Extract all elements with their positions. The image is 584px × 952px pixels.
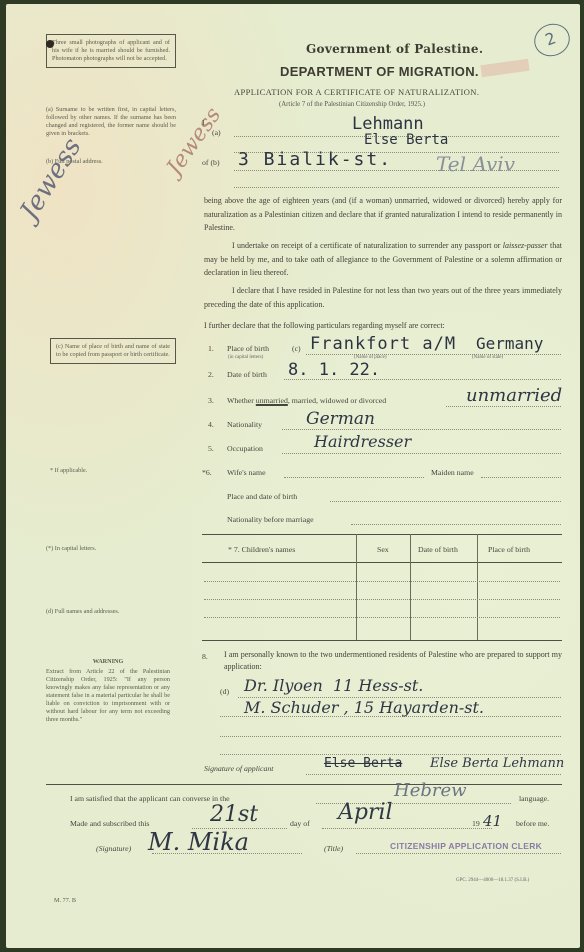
birthplace-line <box>306 354 561 355</box>
table-row[interactable] <box>204 599 560 600</box>
num-5: 5. <box>208 444 214 453</box>
marital-value[interactable]: unmarried <box>466 385 562 406</box>
marital-line <box>446 406 561 407</box>
before-me-text: before me. <box>516 819 549 828</box>
note-full-names: (d) Full names and addresses. <box>46 608 119 616</box>
application-title: APPLICATION FOR A CERTIFICATE OF NATURAL… <box>234 87 479 97</box>
occupation-value[interactable]: Hairdresser <box>314 432 411 451</box>
photo-note-box: Three small photographs of applicant and… <box>46 34 176 68</box>
note-surname: (a) Surname to be written first, in capi… <box>46 106 176 138</box>
referee-1-value[interactable]: Dr. Ilyoen 11 Hess-st. <box>244 676 423 695</box>
note-if-applicable: * If applicable. <box>50 467 87 475</box>
converse-text: I am satisfied that the applicant can co… <box>70 794 230 803</box>
given-names-value[interactable]: Else Berta <box>364 132 448 148</box>
month-line <box>322 828 492 829</box>
wife-name-line[interactable] <box>284 477 424 478</box>
table-bottom-rule <box>202 640 562 641</box>
paragraph-apply: being above the age of eighteen years (a… <box>204 194 562 235</box>
referee-2-value[interactable]: M. Schuder , 15 Hayarden-st. <box>244 698 484 717</box>
marker-c: (c) <box>292 344 301 353</box>
applicant-signature-line <box>306 774 561 775</box>
label-place-of-birth: Place of birth <box>227 344 269 353</box>
label-wife-birth: Place and date of birth <box>227 492 297 501</box>
warning-title: WARNING <box>46 658 170 666</box>
marker-d: (d) <box>220 687 229 696</box>
occupation-line <box>282 453 561 454</box>
made-subscribed-text: Made and subscribed this <box>70 819 149 828</box>
num-2: 2. <box>208 370 214 379</box>
language-suffix: language. <box>519 794 549 803</box>
referees-text: I am personally known to the two underme… <box>224 649 562 673</box>
referee-line-4 <box>220 754 561 755</box>
official-signature-value[interactable]: M. Mika <box>148 828 249 856</box>
received-stamp <box>480 59 529 78</box>
referee-line-3 <box>220 736 561 737</box>
label-i: I <box>202 118 205 127</box>
language-value[interactable]: Hebrew <box>394 780 467 801</box>
table-header-rule <box>202 562 562 563</box>
certification-rule <box>46 784 562 785</box>
label-nationality: Nationality <box>227 420 262 429</box>
col-date-of-birth: Date of birth <box>418 545 458 554</box>
document-page: Three small photographs of applicant and… <box>6 4 580 948</box>
label-wife-nationality: Nationality before marriage <box>227 515 314 524</box>
col-sex: Sex <box>377 545 389 554</box>
day-value[interactable]: 21st <box>210 802 258 827</box>
label-signature: (Signature) <box>96 844 131 853</box>
note-birthplace-box: (c) Name of place of birth and name of s… <box>50 338 176 364</box>
government-title: Government of Palestine. <box>306 42 483 56</box>
table-row[interactable] <box>204 617 560 618</box>
table-col-divider <box>477 534 478 640</box>
title-line <box>356 853 561 854</box>
form-code: M. 77. B <box>54 897 76 905</box>
dob-value[interactable]: 8. 1. 22. <box>288 360 380 380</box>
table-top-rule <box>202 534 562 535</box>
num-4: 4. <box>208 420 214 429</box>
label-applicant-signature: Signature of applicant <box>204 764 273 773</box>
paragraph-residence: I declare that I have resided in Palesti… <box>204 284 562 311</box>
note-capital-letters: (*) In capital letters. <box>46 545 96 553</box>
sub-state: (Name of state) <box>472 355 503 360</box>
num-1: 1. <box>208 344 214 353</box>
label-of-b: of (b) <box>202 158 220 167</box>
col-place-of-birth: Place of birth <box>488 545 530 554</box>
paragraph-undertake: I undertake on receipt of a certificate … <box>204 239 562 280</box>
note-birthplace: (c) Name of place of birth and name of s… <box>56 343 170 358</box>
table-col-divider <box>410 534 411 640</box>
table-row[interactable] <box>204 581 560 582</box>
printer-code: GPC. 2944—4000—18.1.37 (S.I.B.) <box>456 878 529 883</box>
circled-number: 2 <box>530 19 575 61</box>
day-of-text: day of <box>290 819 310 828</box>
month-value[interactable]: April <box>338 800 393 825</box>
num-6: *6. <box>202 468 212 477</box>
surname-value[interactable]: Lehmann <box>352 114 424 134</box>
label-wife-name: Wife's name <box>227 468 266 477</box>
ink-blot <box>46 40 54 48</box>
page-number: 2 <box>543 28 559 49</box>
birthstate-value[interactable]: Germany <box>476 334 543 353</box>
col-children-names: * 7. Children's names <box>228 545 295 554</box>
department-title: DEPARTMENT OF MIGRATION. <box>280 64 479 79</box>
wife-birth-line[interactable] <box>330 501 561 502</box>
label-occupation: Occupation <box>227 444 263 453</box>
label-a: (a) <box>212 128 221 137</box>
title-stamp: CITIZENSHIP APPLICATION CLERK <box>390 841 542 851</box>
sub-capital: (in capital letters) <box>228 355 263 360</box>
article-reference: (Article 7 of the Palestinian Citizenshi… <box>279 101 425 108</box>
num-3: 3. <box>208 396 214 405</box>
address-value[interactable]: 3 Bialik-st. <box>238 149 392 170</box>
label-maiden-name: Maiden name <box>431 468 474 477</box>
num-8: 8. <box>202 652 208 661</box>
table-col-divider <box>356 534 357 640</box>
year-prefix: 19 <box>472 819 480 828</box>
warning-text: Extract from Article 22 of the Palestini… <box>46 668 170 724</box>
label-title: (Title) <box>324 844 343 853</box>
struck-signature: Else Berta <box>324 756 402 771</box>
applicant-signature-value[interactable]: Else Berta Lehmann <box>430 756 564 771</box>
birthplace-value[interactable]: Frankfort a/M <box>310 334 456 354</box>
photo-note: Three small photographs of applicant and… <box>52 39 170 62</box>
wife-nationality-line[interactable] <box>351 524 561 525</box>
label-date-of-birth: Date of birth <box>227 370 267 379</box>
nationality-line <box>282 429 561 430</box>
paragraph-particulars: I further declare that the following par… <box>204 319 562 333</box>
nationality-value[interactable]: German <box>306 409 375 429</box>
label-marital-status: Whether unmarried, married, widowed or d… <box>227 396 386 405</box>
margin-annotation: Jewess <box>14 133 87 225</box>
city-value[interactable]: Tel Aviv <box>436 152 515 176</box>
year-value[interactable]: 41 <box>483 812 502 830</box>
address-line-2 <box>234 187 559 188</box>
maiden-name-line[interactable] <box>481 477 561 478</box>
